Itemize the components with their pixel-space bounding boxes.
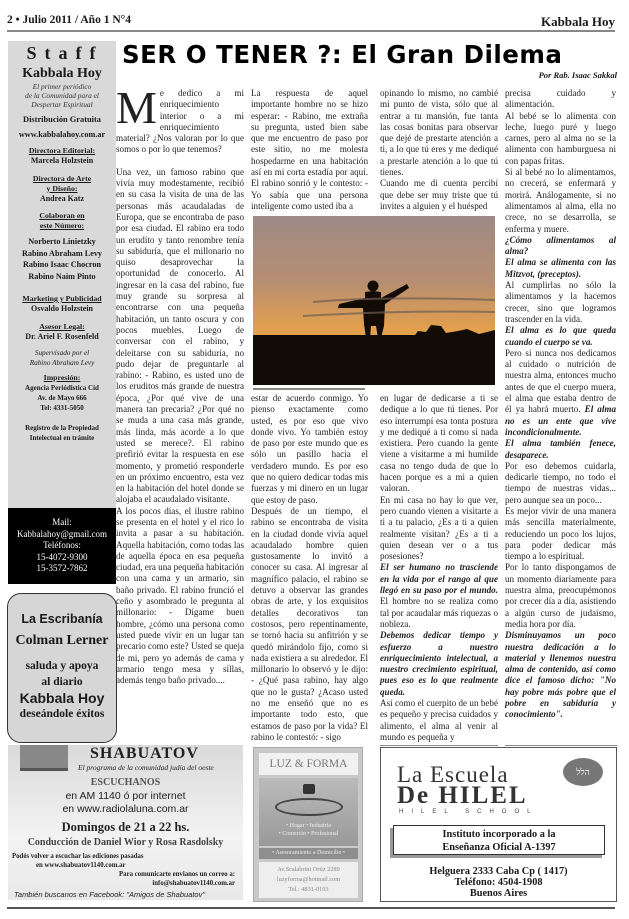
contributors-role-2: este Número: xyxy=(8,221,116,231)
shabuatov-subtitle: El programa de la comunidad judía del oe… xyxy=(78,763,214,772)
article-paragraph: Cuando me di cuenta percibí que debe ser… xyxy=(380,178,498,212)
phone-number: 15-4072-9300 xyxy=(8,552,116,564)
services-line: • Comercio • Profesional xyxy=(259,830,358,838)
distribution: Distribución Gratuita xyxy=(8,115,116,124)
escribania-line-5: Kabbala Hoy xyxy=(8,690,116,707)
past-link[interactable]: en www.shabuatov1140.com.ar xyxy=(12,861,144,870)
shabuatov-title: SHABUATOV xyxy=(90,745,199,763)
staff-tagline-1: El primer periódico xyxy=(8,82,116,91)
shabuatov-contact: Para comunicarte envianos un correo a: i… xyxy=(119,870,235,888)
article-paragraph: A los pocos días, el ilustre rabino se p… xyxy=(116,506,244,687)
hilel-name-2: De HILEL xyxy=(397,782,528,810)
contributor: Rabino Naim Pinto xyxy=(8,271,116,283)
article-paragraph: Si al bebé no lo alimentamos, no crecerá… xyxy=(505,167,616,235)
marketing-role: Marketing y Publicidad xyxy=(8,294,116,304)
escribania-line-6: deseándole éxitos xyxy=(8,707,116,722)
contact-email[interactable]: info@shabuatov1140.com.ar xyxy=(119,879,235,888)
article-byline: Por Rab. Isaac Sakkal xyxy=(539,70,617,80)
chandelier-image: • Hogar • Industria • Comercio • Profesi… xyxy=(259,778,358,846)
contributor: Norberto Linietzky xyxy=(8,236,116,248)
article-column-3-bottom: en lugar de dedicarse a ti se dedique a … xyxy=(380,393,498,743)
staff-tagline-2: de la Comunidad para el xyxy=(8,91,116,100)
hilel-name-3: HILEL SCHOOL xyxy=(399,809,538,815)
art-role-1: Directora de Arte xyxy=(8,174,116,184)
article-paragraph: Una vez, un famoso rabino que vivía muy … xyxy=(116,167,244,506)
article-paragraph: precisa cuidado y alimentación. xyxy=(505,88,616,111)
article-column-2-top: La respuesta de aquel importante hombre … xyxy=(251,88,368,212)
luz-forma-contact: Av.Scalabrini Ortiz 2289 luzyforma@hotma… xyxy=(259,862,358,898)
staff-title: Staff xyxy=(14,43,116,64)
escribania-line-3: saluda y apoya xyxy=(8,658,116,674)
print-line: Tel: 4331-5050 xyxy=(8,403,116,413)
header-rule xyxy=(7,30,615,32)
luz-forma-band: • Asesoramiento a Domicilio • xyxy=(259,848,358,859)
radio-line: en AM 1140 ó por internet xyxy=(8,790,243,803)
divider xyxy=(380,745,498,746)
radio-link[interactable]: en www.radiolaluna.com.ar xyxy=(8,803,243,816)
divider xyxy=(505,745,617,746)
emphasis-text: El ser humano no trasciende en la vida p… xyxy=(380,562,498,595)
article-paragraph: estar de acuerdo conmigo. Yo pienso exac… xyxy=(251,393,368,506)
contributor: Rabino Isaac Chocron xyxy=(8,259,116,271)
issue-info: 2 • Julio 2011 / Año 1 N°4 xyxy=(7,14,131,26)
legal-role: Asesor Legal: xyxy=(8,322,116,332)
email[interactable]: luzyforma@hotmail.com xyxy=(259,875,358,885)
divider xyxy=(253,388,365,390)
hilel-seal-icon: הלל xyxy=(563,758,603,786)
shabuatov-past: Podés volver a escuchar las ediciones pa… xyxy=(12,852,144,870)
article-paragraph: La respuesta de aquel importante hombre … xyxy=(251,88,368,212)
shabuatov-radio: en AM 1140 ó por internet en www.radiola… xyxy=(8,790,243,816)
article-photo-silhouette-sunset xyxy=(253,216,495,385)
phone-line: Teléfono: 4504-1908 xyxy=(381,877,616,888)
article-paragraph: Después de un tiempo, el rabino se encon… xyxy=(251,506,368,743)
article-paragraph: Al cumplirlas no sólo la alimentamos y l… xyxy=(505,280,616,325)
address-line: Helguera 2333 Caba Cp ( 1417) xyxy=(381,866,616,877)
address: Av.Scalabrini Ortiz 2289 xyxy=(259,865,358,875)
escribania-ad: La Escribanía Colman Lerner saluda y apo… xyxy=(7,593,117,743)
luz-forma-title: LUZ & FORMA xyxy=(259,753,358,775)
escribania-line-1: La Escribanía xyxy=(8,612,116,626)
person-silhouette-icon xyxy=(253,216,495,385)
emphasis-text: El alma también fenece, desaparece. xyxy=(505,438,616,461)
print-role: Impresión: xyxy=(8,373,116,383)
luz-forma-ad[interactable]: LUZ & FORMA • Hogar • Industria • Comerc… xyxy=(253,747,363,902)
hilel-address: Helguera 2333 Caba Cp ( 1417) Teléfono: … xyxy=(381,866,616,899)
supervised-line-1: Supervisado por el xyxy=(8,348,116,358)
staff-brand: Kabbala Hoy xyxy=(8,66,116,82)
shabuatov-hosts: Conducción de Daniel Wior y Rosa Rasdols… xyxy=(8,837,243,848)
website-link[interactable]: www.kabbalahoy.com.ar xyxy=(8,130,116,139)
services-line: • Hogar • Industria xyxy=(259,822,358,830)
contributors-list: Norberto Linietzky Rabino Abraham Levy R… xyxy=(8,236,116,282)
article-column-4: precisa cuidado y alimentación. Al bebé … xyxy=(505,88,616,721)
art-name: Andrea Katz xyxy=(8,194,116,205)
accreditation-line: Enseñanza Oficial A-1397 xyxy=(394,841,604,854)
article-headline: SER O TENER ?: El Gran Dilema xyxy=(122,40,617,69)
shabuatov-ad[interactable]: SHABUATOV El programa de la comunidad ju… xyxy=(8,745,243,900)
supervised-line-2: Rabino Abraham Levy xyxy=(8,358,116,368)
emphasis-text: ¿Cómo alimentamos al alma? xyxy=(505,235,616,258)
registry-line: Registro de la Propiedad xyxy=(8,423,116,433)
escribania-line-4: al diario xyxy=(8,674,116,690)
article-paragraph: En mi casa no hay lo que ver, pero cuand… xyxy=(380,495,498,563)
hilel-school-ad[interactable]: La Escuela De HILEL HILEL SCHOOL הלל Ins… xyxy=(380,747,617,902)
staff-box: Staff Kabbala Hoy El primer periódico de… xyxy=(8,41,116,508)
article-column-3-top: opinando lo mismo, no cambié mi punto de… xyxy=(380,88,498,212)
article-paragraph: opinando lo mismo, no cambié mi punto de… xyxy=(380,88,498,178)
article-paragraph: Por lo tanto dispongamos de un momento d… xyxy=(505,562,616,630)
accreditation-line: Instituto incorporado a la xyxy=(394,828,604,841)
print-line: Agencia Periódistica Cid xyxy=(8,383,116,393)
emphasis-text: Disminuyamos un poco nuestra dedicación … xyxy=(505,630,616,720)
contributor: Rabino Abraham Levy xyxy=(8,248,116,260)
registry-line: Intelectual en trámite xyxy=(8,433,116,443)
legal-name: Dr. Ariel F. Rosenfeld xyxy=(8,332,116,343)
hilel-accreditation: Instituto incorporado a la Enseñanza Ofi… xyxy=(393,825,605,855)
page-header: 2 • Julio 2011 / Año 1 N°4 Kabbala Hoy xyxy=(7,14,615,30)
print-line: Av. de Mayo 666 xyxy=(8,393,116,403)
article-paragraph: en lugar de dedicarse a ti se dedique a … xyxy=(380,393,498,495)
article-column-2-bottom: estar de acuerdo conmigo. Yo pienso exac… xyxy=(251,393,368,743)
contributors-role-1: Colaboran en xyxy=(8,211,116,221)
email-link[interactable]: Kabbalahoy@gmail.com xyxy=(8,529,116,541)
article-column-1: M e dedico a mi enriquecimiento interior… xyxy=(116,88,244,686)
emphasis-text: El alma es lo que queda cuando el cuerpo… xyxy=(505,325,616,348)
article-paragraph: Por eso debemos cuidarla, dedicarle tiem… xyxy=(505,461,616,506)
city-line: Buenos Aires xyxy=(381,888,616,899)
shabuatov-schedule: Domingos de 21 a 22 hs. xyxy=(8,820,243,835)
editorial-name: Marcela Holzstein xyxy=(8,156,116,167)
marketing-name: Osvaldo Holzstein xyxy=(8,304,116,315)
publication-name: Kabbala Hoy xyxy=(541,14,615,30)
phone: Tel.: 4831-0193 xyxy=(259,885,358,895)
contact-box: Mail: Kabbalahoy@gmail.com Teléfonos: 15… xyxy=(8,508,116,584)
past-line: Podés volver a escuchar las ediciones pa… xyxy=(12,852,144,861)
drop-cap: M xyxy=(116,90,157,126)
shabuatov-logo-icon xyxy=(20,745,68,771)
editorial-role: Directora Editorial: xyxy=(8,146,116,156)
article-paragraph: Es mejor vivir de una manera más sencill… xyxy=(505,506,616,562)
article-paragraph: Al bebé se lo alimenta con leche, luego … xyxy=(505,111,616,167)
shabuatov-facebook: También buscanos en Facebook: "Amigos de… xyxy=(14,890,205,899)
article-paragraph: Así como el cuerpito de un bebé es peque… xyxy=(380,698,498,743)
escribania-line-2: Colman Lerner xyxy=(8,633,116,649)
article-text: El hombre no se realiza como tal por aca… xyxy=(380,596,498,629)
chandelier-icon xyxy=(303,784,315,794)
phone-number: 15-3572-7862 xyxy=(8,563,116,575)
emphasis-text: Debemos dedicar tiempo y esfuerzo a nues… xyxy=(380,630,498,698)
mail-label: Mail: xyxy=(8,517,116,529)
shabuatov-listen: ESCUCHANOS xyxy=(8,777,243,788)
staff-tagline-3: Despertar Espiritual xyxy=(8,100,116,109)
emphasis-text: El alma se alimenta con las Mitzvot, (pr… xyxy=(505,257,616,280)
footer-rule xyxy=(7,907,615,909)
art-role-2: y Diseño: xyxy=(8,184,116,194)
phones-label: Teléfonos: xyxy=(8,540,116,552)
contact-line: Para comunicarte envianos un correo a: xyxy=(119,870,235,879)
